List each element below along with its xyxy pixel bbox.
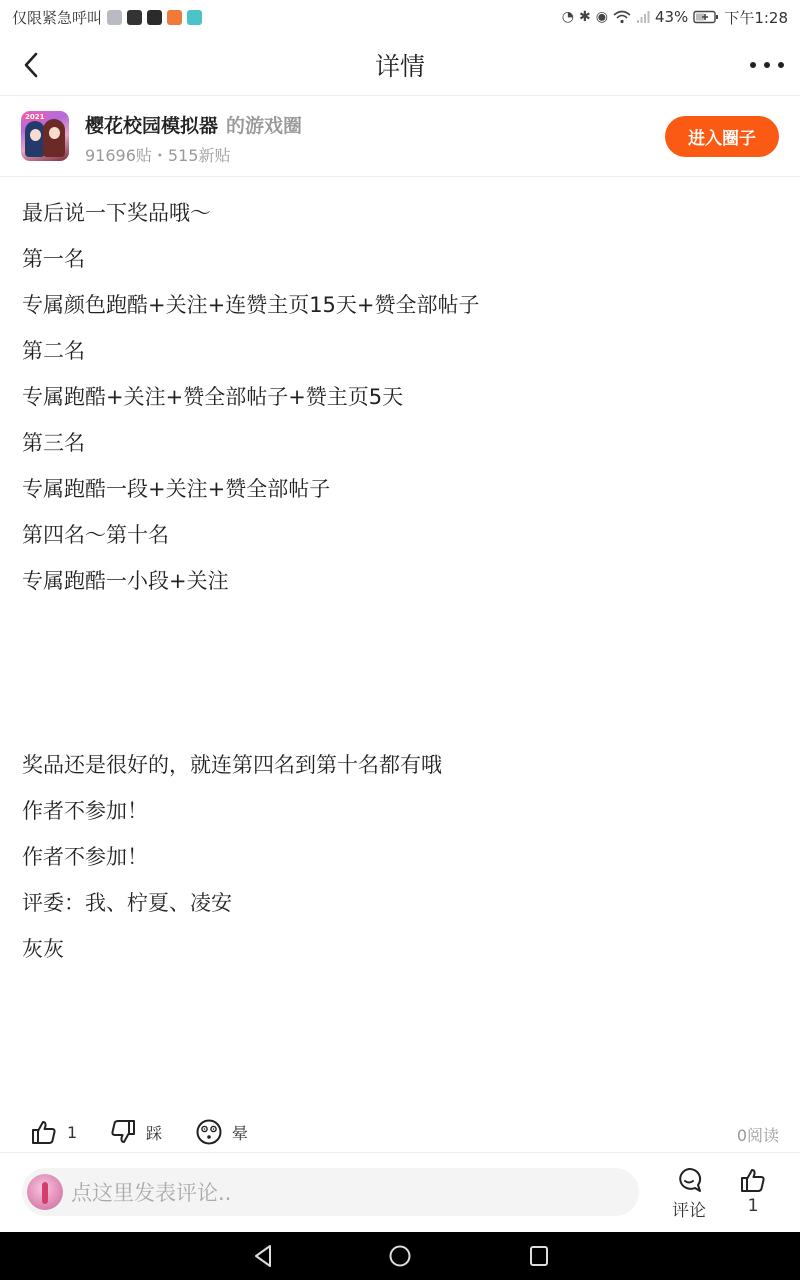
bottom-like-button[interactable]: 1 [731, 1166, 775, 1216]
post-line: 专属颜色跑酷+关注+连赞主页15天+赞全部帖子 [22, 282, 782, 328]
page-title: 详情 [375, 47, 425, 83]
comment-placeholder: 点这里发表评论.. [71, 1177, 231, 1207]
data-saver-icon: ◔ [562, 9, 574, 25]
nav-recents-button[interactable] [526, 1244, 552, 1268]
post-line: 作者不参加！ [22, 788, 782, 834]
comment-bubble-icon [675, 1166, 703, 1194]
circle-name-row: 樱花校园模拟器 的游戏圈 [85, 111, 302, 138]
post-line: 最后说一下奖品哦～ [22, 190, 782, 236]
bluetooth-icon: ✱ [579, 9, 591, 25]
comment-label: 评论 [672, 1196, 706, 1221]
post-line: 专属跑酷一小段+关注 [22, 558, 782, 604]
teal-app-icon [187, 10, 202, 25]
like-count: 1 [67, 1123, 77, 1142]
comment-bar: 点这里发表评论.. 评论 1 [0, 1154, 800, 1232]
dislike-label: 踩 [146, 1121, 162, 1144]
post-content: 最后说一下奖品哦～ 第一名 专属颜色跑酷+关注+连赞主页15天+赞全部帖子 第二… [22, 190, 782, 972]
post-line: 第一名 [22, 236, 782, 282]
game-name[interactable]: 樱花校园模拟器 [85, 111, 218, 138]
carrier-text: 仅限紧急呼叫 [12, 7, 102, 28]
tiktok-icon [147, 10, 162, 25]
thumbs-up-icon [740, 1166, 766, 1194]
user-avatar [27, 1174, 63, 1210]
more-dot-icon [764, 62, 770, 68]
clock: 下午1:28 [724, 7, 788, 28]
read-count: 0阅读 [737, 1123, 779, 1146]
system-navigation-bar [0, 1232, 800, 1280]
post-line: 第四名～第十名 [22, 512, 782, 558]
game-circle-card[interactable]: 2021 樱花校园模拟器 的游戏圈 91696贴・515新贴 进入圈子 [0, 97, 800, 177]
dizzy-reaction-button[interactable]: 晕 [196, 1119, 248, 1145]
more-dot-icon [750, 62, 756, 68]
icon-art [49, 127, 60, 139]
battery-charging-icon [693, 10, 719, 24]
dizzy-label: 晕 [232, 1121, 248, 1144]
post-line: 灰灰 [22, 926, 782, 972]
header: 详情 [0, 34, 800, 96]
comment-input[interactable]: 点这里发表评论.. [22, 1168, 639, 1216]
back-button[interactable] [16, 48, 46, 82]
more-dot-icon [778, 62, 784, 68]
wifi-icon [613, 10, 631, 24]
comment-button[interactable]: 评论 [667, 1166, 711, 1221]
chevron-left-icon [23, 52, 39, 78]
circle-stats: 91696贴・515新贴 [85, 143, 230, 166]
orange-app-icon [167, 10, 182, 25]
nav-back-button[interactable] [250, 1244, 276, 1268]
post-line: 第二名 [22, 328, 782, 374]
post-line: 评委：我、柠夏、凌安 [22, 880, 782, 926]
post-line: 专属跑酷+关注+赞全部帖子+赞主页5天 [22, 374, 782, 420]
capcut-icon [127, 10, 142, 25]
game-icon[interactable]: 2021 [21, 111, 69, 161]
triangle-back-icon [253, 1244, 273, 1268]
like-reaction-button[interactable]: 1 [31, 1119, 77, 1145]
nav-home-button[interactable] [387, 1244, 413, 1268]
post-line: 第三名 [22, 420, 782, 466]
circle-suffix: 的游戏圈 [226, 111, 302, 138]
icon-art [30, 129, 41, 141]
reaction-bar: 1 踩 晕 0阅读 [0, 1113, 800, 1153]
thumbs-up-icon [31, 1119, 57, 1145]
status-bar: 仅限紧急呼叫 ◔ ✱ ◉ 43% 下午1:28 [0, 0, 800, 34]
notification-app-icon [107, 10, 122, 25]
more-options-button[interactable] [750, 52, 784, 78]
post-line: 作者不参加！ [22, 834, 782, 880]
icon-year-badge: 2021 [23, 113, 46, 121]
dizzy-face-icon [196, 1119, 222, 1145]
battery-percent: 43% [655, 8, 688, 26]
signal-icon [636, 10, 650, 24]
blank-space [22, 604, 782, 742]
thumbs-down-icon [110, 1119, 136, 1145]
square-recents-icon [528, 1245, 550, 1267]
post-line: 专属跑酷一段+关注+赞全部帖子 [22, 466, 782, 512]
post-line: 奖品还是很好的，就连第四名到第十名都有哦 [22, 742, 782, 788]
circle-home-icon [388, 1244, 412, 1268]
enter-circle-button[interactable]: 进入圈子 [665, 116, 779, 157]
dislike-reaction-button[interactable]: 踩 [110, 1119, 162, 1145]
eye-comfort-icon: ◉ [596, 9, 608, 25]
bottom-like-count: 1 [748, 1196, 759, 1216]
